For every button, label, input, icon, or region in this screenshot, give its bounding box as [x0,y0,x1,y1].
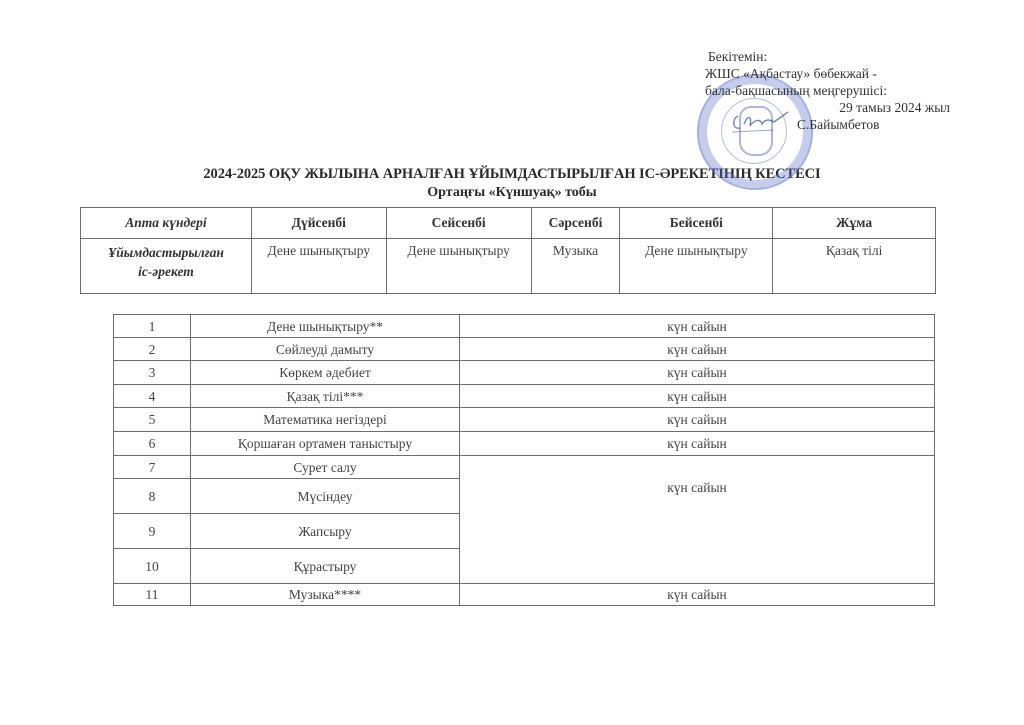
header-tuesday: Сейсенбі [386,208,531,239]
group-subtitle: Ортаңғы «Күншуақ» тобы [0,185,1024,201]
weekly-schedule-table: Апта күндері Дүйсенбі Сейсенбі Сәрсенбі … [80,207,936,294]
subject-frequency: күн сайын [460,385,935,408]
activity-thursday: Дене шынықтыру [620,239,773,294]
table-row: 11 Музыка**** күн сайын [114,584,935,606]
subject-name: Қазақ тілі*** [191,385,460,408]
row-number: 10 [114,549,191,584]
row-number: 2 [114,338,191,361]
approval-approved: Бекітемін: [705,48,955,65]
table-row: 7 Сурет салу күн сайын [114,456,935,479]
row-label-line1: Ұйымдастырылған [81,243,251,262]
row-number: 8 [114,479,191,514]
subject-name: Қоршаған ортамен таныстыру [191,432,460,456]
table-row: 5 Математика негіздері күн сайын [114,408,935,432]
subject-name: Сөйлеуді дамыту [191,338,460,361]
activity-tuesday: Дене шынықтыру [386,239,531,294]
subjects-frequency-table: 1 Дене шынықтыру** күн сайын 2 Сөйлеуді … [113,314,935,606]
table-row: 3 Көркем әдебиет күн сайын [114,361,935,385]
table-row: 6 Қоршаған ортамен таныстыру күн сайын [114,432,935,456]
weekly-header-row: Апта күндері Дүйсенбі Сейсенбі Сәрсенбі … [81,208,936,239]
activity-friday: Қазақ тілі [773,239,936,294]
subject-name: Мүсіндеу [191,479,460,514]
header-friday: Жұма [773,208,936,239]
subject-frequency-merged: күн сайын [460,456,935,584]
subject-name: Музыка**** [191,584,460,606]
row-number: 9 [114,514,191,549]
activity-monday: Дене шынықтыру [251,239,386,294]
subject-name: Жапсыру [191,514,460,549]
row-number: 11 [114,584,191,606]
subject-frequency: күн сайын [460,408,935,432]
header-thursday: Бейсенбі [620,208,773,239]
signature-icon [730,110,792,134]
row-label-organized-activity: Ұйымдастырылған іс-әрекет [81,239,252,294]
row-number: 7 [114,456,191,479]
subject-name: Дене шынықтыру** [191,315,460,338]
subject-frequency: күн сайын [460,584,935,606]
subject-frequency: күн сайын [460,338,935,361]
row-label-line2: іс-әрекет [81,262,251,281]
approval-position: бала-бақшасының меңгерушісі: [705,82,955,99]
header-wednesday: Сәрсенбі [531,208,620,239]
subject-name: Математика негіздері [191,408,460,432]
table-row: 4 Қазақ тілі*** күн сайын [114,385,935,408]
header-monday: Дүйсенбі [251,208,386,239]
row-number: 6 [114,432,191,456]
row-number: 5 [114,408,191,432]
subject-name: Құрастыру [191,549,460,584]
header-weekdays: Апта күндері [81,208,252,239]
activity-wednesday: Музыка [531,239,620,294]
subject-name: Көркем әдебиет [191,361,460,385]
subject-frequency: күн сайын [460,361,935,385]
weekly-activity-row: Ұйымдастырылған іс-әрекет Дене шынықтыру… [81,239,936,294]
subject-name: Сурет салу [191,456,460,479]
subject-frequency: күн сайын [460,432,935,456]
row-number: 4 [114,385,191,408]
row-number: 3 [114,361,191,385]
table-row: 1 Дене шынықтыру** күн сайын [114,315,935,338]
document-title: 2024-2025 ОҚУ ЖЫЛЫНА АРНАЛҒАН ҰЙЫМДАСТЫР… [0,166,1024,183]
approval-organization: ЖШС «Ақбастау» бөбекжай - [705,65,955,82]
row-number: 1 [114,315,191,338]
table-row: 2 Сөйлеуді дамыту күн сайын [114,338,935,361]
subject-frequency: күн сайын [460,315,935,338]
